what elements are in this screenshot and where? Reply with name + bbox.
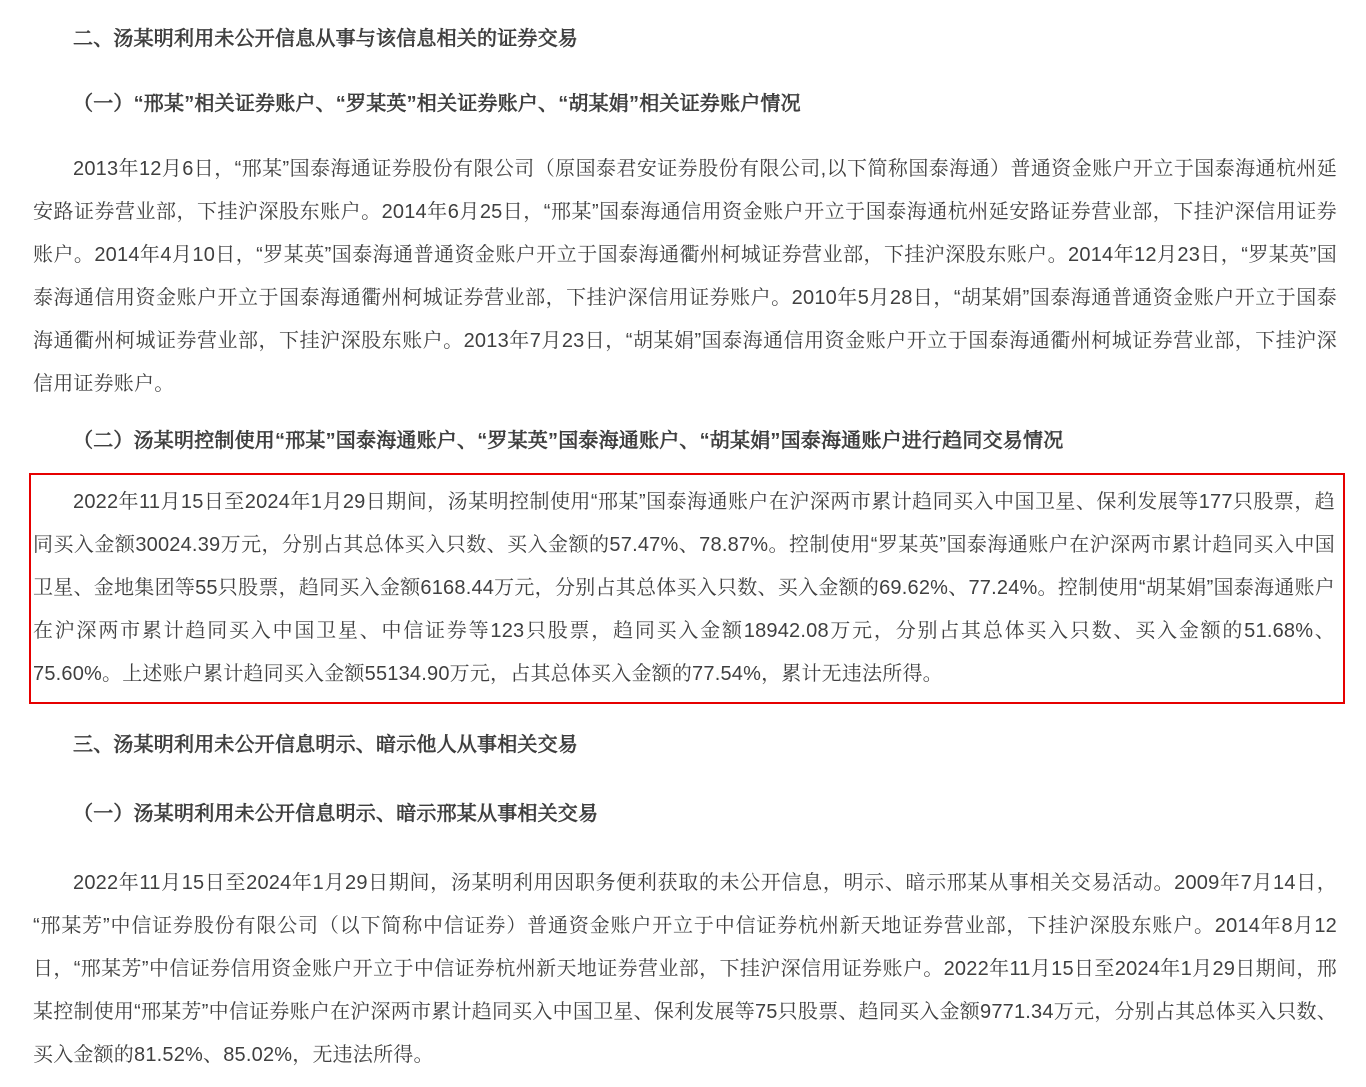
convergent-trading-paragraph: 2022年11月15日至2024年1月29日期间，汤某明控制使用“邢某”国泰海通… [33, 481, 1335, 696]
section-2-sub-2-heading: （二）汤某明控制使用“邢某”国泰海通账户、“罗某英”国泰海通账户、“胡某娟”国泰… [33, 420, 1337, 463]
account-opening-paragraph: 2013年12月6日，“邢某”国泰海通证券股份有限公司（原国泰君安证券股份有限公… [33, 148, 1337, 406]
section-2-sub-1-heading: （一）“邢某”相关证券账户、“罗某英”相关证券账户、“胡某娟”相关证券账户情况 [33, 83, 1337, 126]
section-3-heading: 三、汤某明利用未公开信息明示、暗示他人从事相关交易 [33, 724, 1337, 767]
document-page: 二、汤某明利用未公开信息从事与该信息相关的证券交易 （一）“邢某”相关证券账户、… [0, 0, 1366, 1087]
section-2-heading: 二、汤某明利用未公开信息从事与该信息相关的证券交易 [33, 18, 1337, 61]
section-3-sub-1-heading: （一）汤某明利用未公开信息明示、暗示邢某从事相关交易 [33, 793, 1337, 836]
tipping-paragraph: 2022年11月15日至2024年1月29日期间，汤某明利用因职务便利获取的未公… [33, 862, 1337, 1077]
highlight-red-box: 2022年11月15日至2024年1月29日期间，汤某明控制使用“邢某”国泰海通… [29, 473, 1345, 704]
